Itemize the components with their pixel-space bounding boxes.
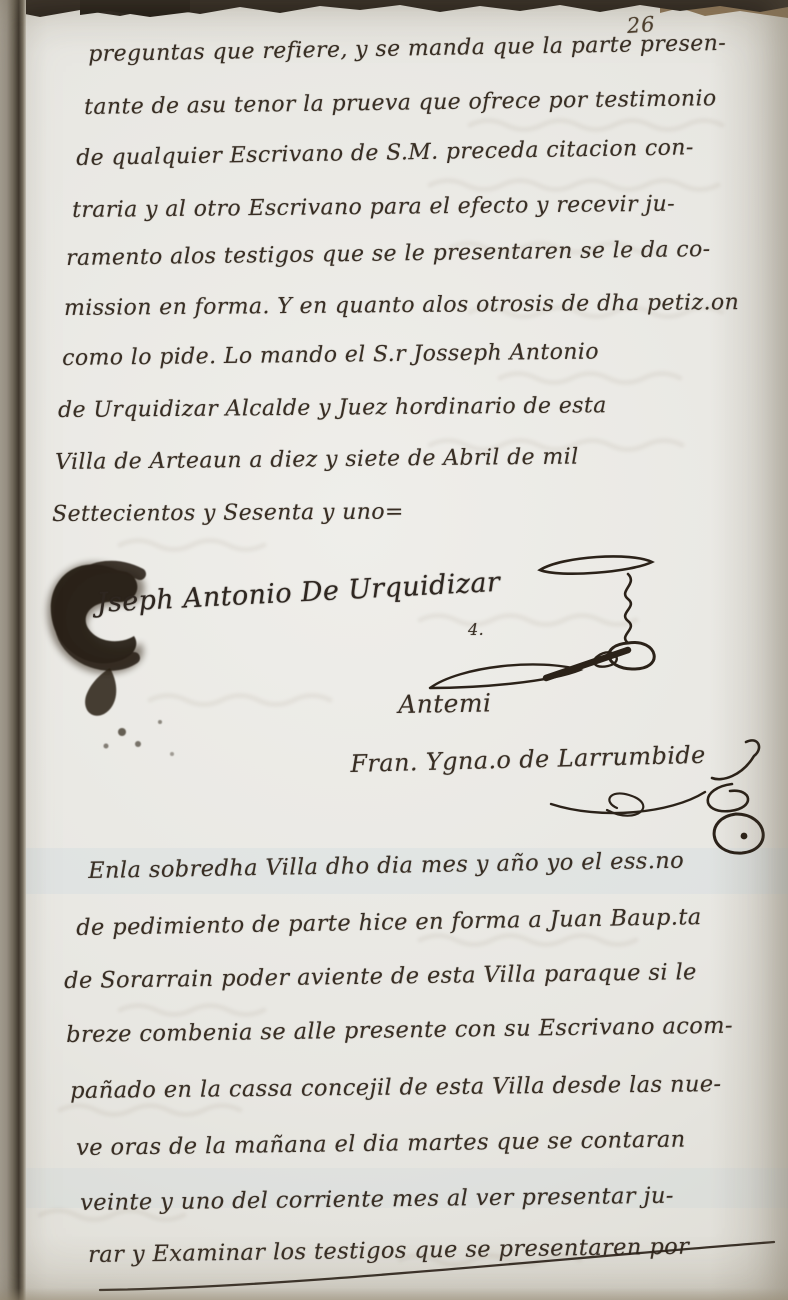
closing-underline — [0, 1228, 788, 1300]
ink-blot — [22, 540, 222, 780]
signature-mark: 4. — [468, 620, 484, 639]
manuscript-line: de Urquidizar Alcalde y Juez hordinario … — [58, 393, 607, 423]
binding-edge — [0, 0, 26, 1300]
manuscript-line: Settecientos y Sesenta y uno= — [52, 500, 404, 527]
ante-mi-flourish — [420, 648, 600, 708]
torn-edge — [0, 0, 788, 34]
manuscript-scan: 26 preguntas que refiere, y se manda que… — [0, 0, 788, 1300]
rubric-flourish — [660, 736, 780, 866]
